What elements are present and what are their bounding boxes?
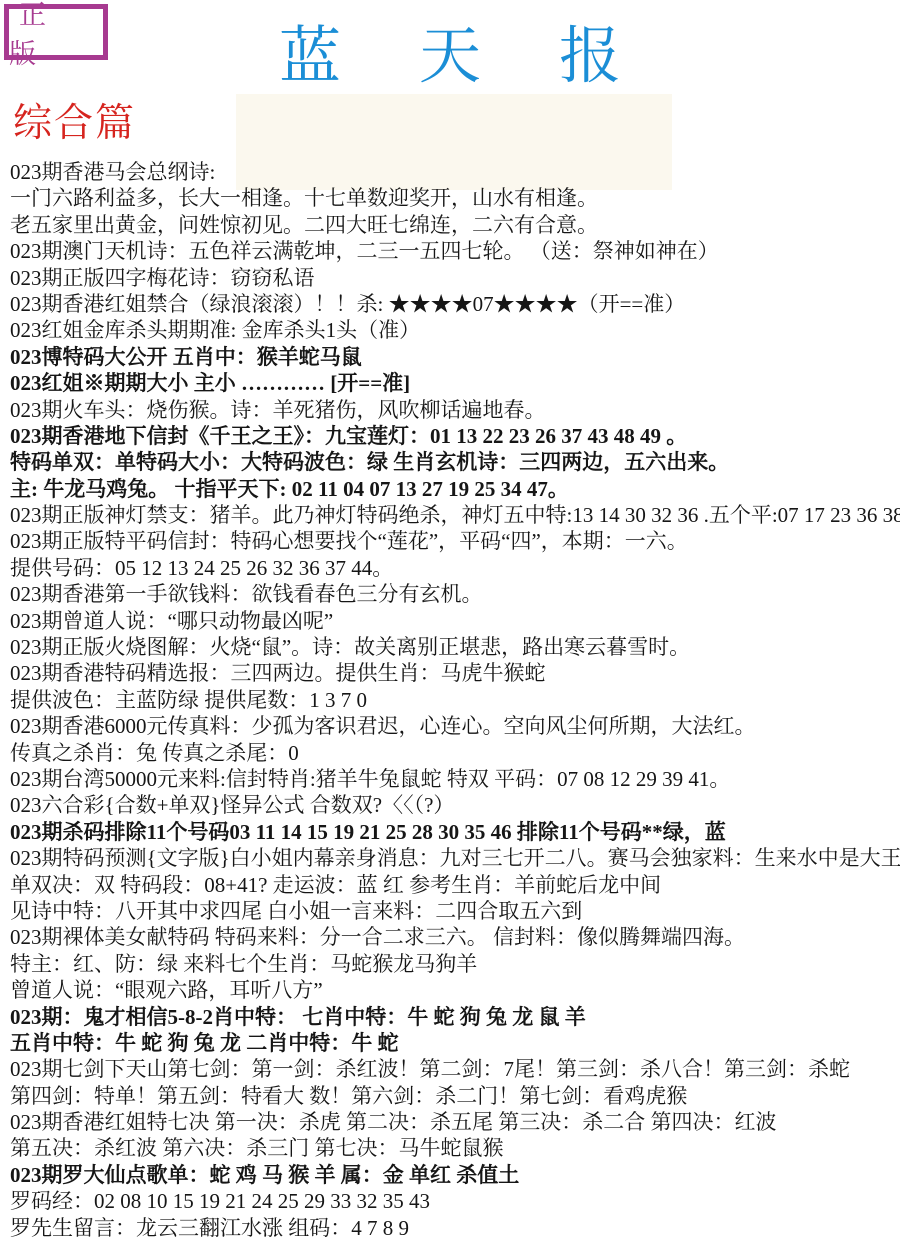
text-line: 023期七剑下天山第七剑：第一剑：杀红波！第二剑：7尾！第三剑：杀八合！第三剑：… <box>10 1056 900 1082</box>
text-line: 老五家里出黄金，问姓惊初见。二四大旺七绵连，二六有合意。 <box>10 212 900 238</box>
text-line: 023期台湾50000元来料:信封特肖:猪羊牛兔鼠蛇 特双 平码：07 08 1… <box>10 766 900 792</box>
text-line: 023期：鬼才相信5-8-2肖中特： 七肖中特：牛 蛇 狗 兔 龙 鼠 羊 <box>10 1004 900 1030</box>
text-line: 罗先生留言：龙云三翻江水涨 组码：4 7 8 9 <box>10 1215 900 1241</box>
lines: 023期香港马会总纲诗:一门六路利益多，长大一相逢。十七单数迎奖开，山水有相逢。… <box>10 159 900 1241</box>
text-line: 主: 牛龙马鸡兔。 十指平天下: 02 11 04 07 13 27 19 25… <box>10 476 900 502</box>
text-line: 023期杀码排除11个号码03 11 14 15 19 21 25 28 30 … <box>10 819 900 845</box>
text-line: 023期正版特平码信封：特码心想要找个“莲花”，平码“四”，本期：一六。 <box>10 528 900 554</box>
page-title: 蓝天报 <box>0 6 900 95</box>
text-line: 023红姐※期期大小 主小 ………… [开==准] <box>10 370 900 396</box>
text-line: 023期正版四字梅花诗：窃窃私语 <box>10 265 900 291</box>
text-line: 023期香港红姐禁合（绿浪滚滚）！！杀: ★★★★07★★★★（开==准） <box>10 291 900 317</box>
text-line: 第四剑：特单！第五剑：特看大 数！第六剑：杀二门！第七剑：看鸡虎猴 <box>10 1083 900 1109</box>
section-label: 综合篇 <box>13 92 136 148</box>
text-line: 023期澳门天机诗：五色祥云满乾坤，二三一五四七轮。 （送：祭神如神在） <box>10 238 900 264</box>
text-line: 特主：红、防：绿 来料七个生肖：马蛇猴龙马狗羊 <box>10 951 900 977</box>
text-line: 特码单双：单特码大小：大特码波色：绿 生肖玄机诗：三四两边，五六出来。 <box>10 449 900 475</box>
text-line: 提供波色：主蓝防绿 提供尾数：1 3 7 0 <box>10 687 900 713</box>
text-line: 023期香港6000元传真料：少孤为客识君迟，心连心。空向风尘何所期，大法红。 <box>10 713 900 739</box>
text-line: 曾道人说：“眼观六路，耳听八方” <box>10 977 900 1003</box>
text-line: 023期香港第一手欲钱料：欲钱看春色三分有玄机。 <box>10 581 900 607</box>
text-line: 023期正版神灯禁支：猪羊。此乃神灯特码绝杀，神灯五中特:13 14 30 32… <box>10 502 900 528</box>
text-line: 023期裸体美女献特码 特码来料：分一合二求三六。 信封料：像似腾舞端四海。 <box>10 924 900 950</box>
text-line: 023期曾道人说：“哪只动物最凶呢” <box>10 608 900 634</box>
text-line: 五肖中特：牛 蛇 狗 兔 龙 二肖中特：牛 蛇 <box>10 1030 900 1056</box>
text-line: 023博特码大公开 五肖中：猴羊蛇马鼠 <box>10 344 900 370</box>
text-line: 第五决：杀红波 第六决：杀三门 第七决：马牛蛇鼠猴 <box>10 1135 900 1161</box>
text-line: 023期正版火烧图解：火烧“鼠”。诗：故关离别正堪悲，路出寒云暮雪时。 <box>10 634 900 660</box>
text-line: 023期香港马会总纲诗: <box>10 159 900 185</box>
text-line: 提供号码：05 12 13 24 25 26 32 36 37 44。 <box>10 555 900 581</box>
text-line: 023期香港红姐特七决 第一决：杀虎 第二决：杀五尾 第三决：杀二合 第四决：红… <box>10 1109 900 1135</box>
text-line: 023红姐金库杀头期期准: 金库杀头1头（准） <box>10 317 900 343</box>
text-line: 罗码经：02 08 10 15 19 21 24 25 29 33 32 35 … <box>10 1188 900 1214</box>
text-line: 见诗中特：八开其中求四尾 白小姐一言来料：二四合取五六到 <box>10 898 900 924</box>
text-line: 023期香港地下信封《千王之王》：九宝莲灯：01 13 22 23 26 37 … <box>10 423 900 449</box>
text-line: 023期香港特码精选报：三四两边。提供生肖：马虎牛猴蛇 <box>10 660 900 686</box>
text-line: 一门六路利益多，长大一相逢。十七单数迎奖开，山水有相逢。 <box>10 185 900 211</box>
text-line: 单双决：双 特码段：08+41? 走运波：蓝 红 参考生肖：羊前蛇后龙中间 <box>10 872 900 898</box>
text-line: 传真之杀肖：兔 传真之杀尾：0 <box>10 740 900 766</box>
text-line: 023期罗大仙点歌单：蛇 鸡 马 猴 羊 属：金 单红 杀值土 <box>10 1162 900 1188</box>
text-line: 023期特码预测{文字版}白小姐内幕亲身消息：九对三七开二八。赛马会独家料：生来… <box>10 845 900 871</box>
text-line: 023六合彩{合数+单双}怪异公式 合数双?〈〈（?） <box>10 792 900 818</box>
text-line: 023期火车头：烧伤猴。诗：羊死猪伤，风吹柳话遍地春。 <box>10 397 900 423</box>
